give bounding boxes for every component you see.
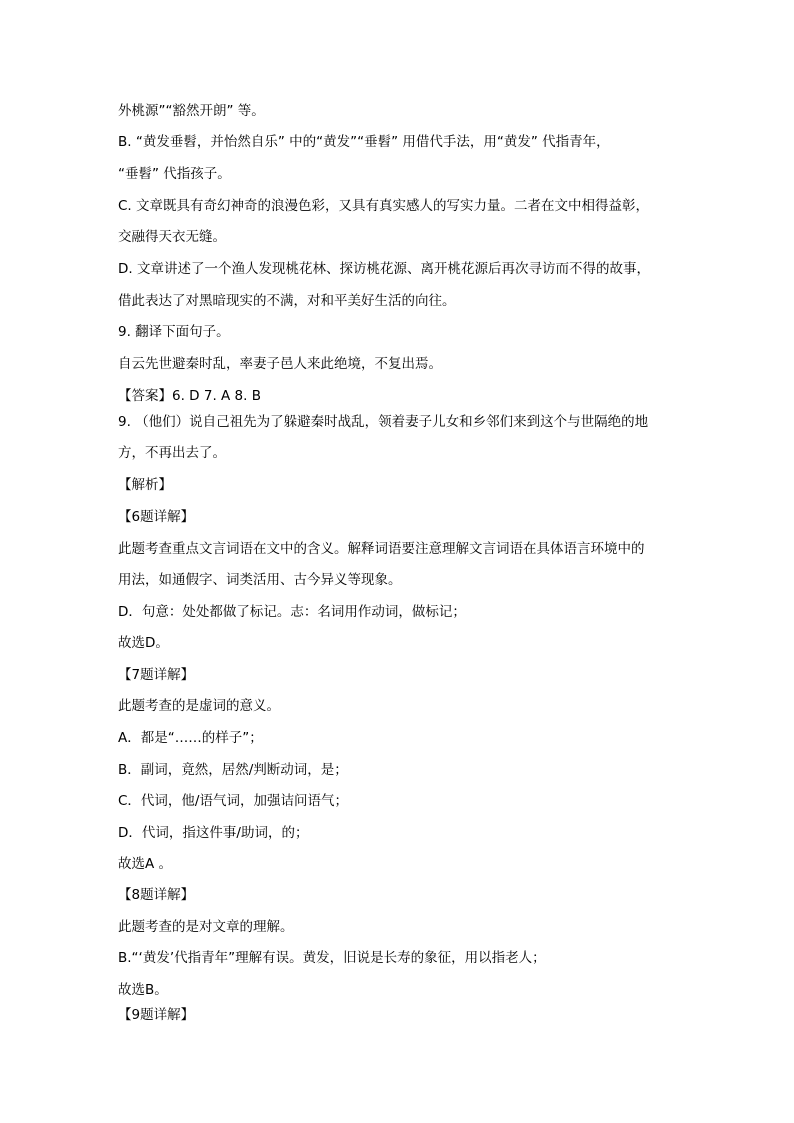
text-line: D．代词，指这件事/助词，的；	[118, 823, 308, 843]
text-line: 9. 翻译下面句子。	[118, 322, 230, 342]
text-line: C. 文章既具有奇幻神奇的浪漫色彩，又具有真实感人的写实力量。二者在文中相得益彰…	[118, 196, 649, 216]
text-line: 此题考查重点文言词语在文中的含义。解释词语要注意理解文言词语在具体语言环境中的	[118, 539, 645, 559]
text-line: 【解析】	[118, 475, 172, 495]
text-line: 用法，如通假字、词类活用、古今异义等现象。	[118, 570, 402, 590]
text-line: 【9题详解】	[118, 1005, 194, 1025]
text-line: C．代词，他/语气词，加强诘问语气；	[118, 791, 348, 811]
text-line: 9. （他们）说自己祖先为了躲避秦时战乱，领着妻子儿女和乡邻们来到这个与世隔绝的…	[118, 412, 648, 432]
text-line: 【7题详解】	[118, 665, 194, 685]
text-line: 故选B。	[118, 980, 168, 1000]
text-line: 交融得天衣无缝。	[118, 227, 226, 247]
text-line: 外桃源”“豁然开朗” 等。	[118, 101, 265, 121]
text-line: D．句意：处处都做了标记。志：名词用作动词，做标记；	[118, 602, 466, 622]
text-line: B.“‘黄发’代指青年”理解有误。黄发，旧说是长寿的象征，用以指老人；	[118, 948, 546, 968]
text-line: “垂髫” 代指孩子。	[118, 164, 231, 184]
text-line: 【8题详解】	[118, 885, 194, 905]
text-line: 故选A 。	[118, 854, 172, 874]
text-line: 【6题详解】	[118, 507, 194, 527]
text-line: B．副词，竟然，居然/判断动词，是；	[118, 760, 348, 780]
text-line: D. 文章讲述了一个渔人发现桃花林、探访桃花源、离开桃花源后再次寻访而不得的故事…	[118, 259, 650, 279]
text-line: 方，不再出去了。	[118, 443, 226, 463]
text-line: 自云先世避秦时乱，率妻子邑人来此绝境，不复出焉。	[118, 354, 442, 374]
text-line: B. “黄发垂髫，并怡然自乐” 中的“黄发”“垂髫” 用借代手法，用“黄发” 代…	[118, 132, 610, 152]
text-line: 此题考查的是对文章的理解。	[118, 917, 294, 937]
text-line: 借此表达了对黑暗现实的不满，对和平美好生活的向往。	[118, 291, 456, 311]
text-line: 【答案】6. D 7. A 8. B	[118, 386, 261, 406]
text-line: 故选D。	[118, 633, 169, 653]
text-line: A．都是“……的样子”；	[118, 728, 263, 748]
text-line: 此题考查的是虚词的意义。	[118, 696, 280, 716]
